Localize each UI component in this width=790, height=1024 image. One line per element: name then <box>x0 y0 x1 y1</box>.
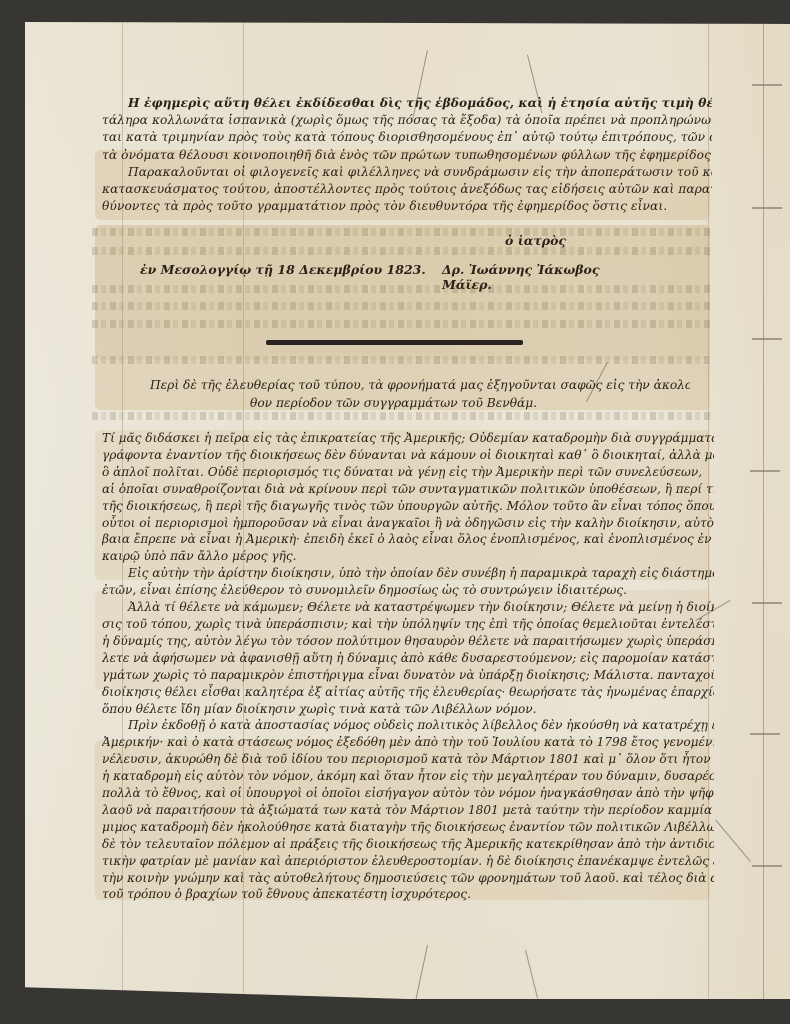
text-line: κατασκευάσματος τούτου, ἀποστέλλοντες πρ… <box>102 181 712 198</box>
text-line: ται κατὰ τριμηνίαν πρὸς τοὺς κατὰ τόπους… <box>102 129 712 146</box>
text-line: γράφοντα ἐναντίον τῆς διοικήσεως δὲν δύν… <box>102 447 714 464</box>
text-line: τὴν κοινὴν γνώμην καὶ τὰς αὐτοθελήτους δ… <box>102 870 714 887</box>
binding-mark <box>750 733 780 735</box>
bleed-through <box>92 247 712 255</box>
editor-name: Δρ. Ἰωάννης Ἰάκωβος Μάϊερ. <box>442 262 640 292</box>
intro-paragraph-1: Η ἐφημερὶς αὕτη θέλει ἐκδίδεσθαι δὶς τῆς… <box>102 95 712 164</box>
heading-line: θον περίοδον τῶν συγγραμμάτων τοῦ Βενθάμ… <box>150 394 690 412</box>
section-heading: Περὶ δὲ τῆς ἐλευθερίας τοῦ τύπου, τὰ φρο… <box>150 376 690 412</box>
text-line: λετε νὰ ἀφήσωμεν νὰ ἀφανισθῇ αὕτη ἡ δύνα… <box>102 650 714 667</box>
text-line: ὃ ἁπλοῖ πολῖται. Οὐδὲ περιορισμός τις δύ… <box>102 464 714 481</box>
bleed-through <box>92 228 712 236</box>
text-line: οὗτοι οἱ περιορισμοὶ ἠμποροῦσαν νὰ εἶναι… <box>102 515 714 532</box>
body-paragraph-4: Πρὶν ἐκδοθῇ ὁ κατὰ ἀποστασίας νόμος οὐδε… <box>102 717 714 903</box>
text-line: τῆς διοικήσεως, ἢ περὶ τῆς διαγωγῆς τινὸ… <box>102 498 714 515</box>
binding-mark <box>750 470 780 472</box>
text-line: ἐτῶν, εἶναι ἐπίσης ἐλεύθερον τὸ συνομιλε… <box>102 582 714 599</box>
body-paragraph-2: Εἰς αὐτὴν τὴν ἀρίστην διοίκησιν, ὑπὸ τὴν… <box>102 565 714 599</box>
text-line: βαια ἔπρεπε νὰ εἶναι ἡ Ἀμερικὴ· ἐπειδὴ ἐ… <box>102 531 714 548</box>
binding-mark <box>752 602 782 604</box>
place-date: ἐν Μεσολογγίῳ τῇ 18 Δεκεμβρίου 1823. <box>140 262 426 277</box>
text-line: αἱ ὁποῖαι συναθροίζονται διὰ νὰ κρίνουν … <box>102 481 714 498</box>
text-line: ὅπου θέλετε ἴδη μίαν διοίκησιν χωρὶς τιν… <box>102 701 714 718</box>
bleed-through <box>92 320 712 328</box>
text-line: τοῦ τρόπου ὁ βραχίων τοῦ ἔθνους ἀπεκατέσ… <box>102 886 714 903</box>
text-line: τὰ ὀνόματα θέλουσι κοινοποιηθῆ διὰ ἑνὸς … <box>102 147 712 164</box>
text-line: γμάτων χωρὶς τὸ παραμικρὸν ἐπιστήριγμα ε… <box>102 667 714 684</box>
text-line: θύνοντες τὰ πρὸς τοῦτο γραμματάτιον πρὸς… <box>102 198 712 215</box>
text-line: νέλευσιν, ἀκυρώθη δὲ διὰ τοῦ ἰδίου του π… <box>102 751 714 768</box>
body-paragraph-1: Τί μᾶς διδάσκει ἡ πεῖρα εἰς τὰς ἐπικρατε… <box>102 430 714 565</box>
text-line: δὲ τὸν τελευταῖον πόλεμον αἱ πράξεις τῆς… <box>102 836 714 853</box>
text-line: Εἰς αὐτὴν τὴν ἀρίστην διοίκησιν, ὑπὸ τὴν… <box>102 565 714 582</box>
text-line: Ἀμερικήν· καὶ ὁ κατὰ στάσεως νόμος ἐξεδό… <box>102 734 714 751</box>
text-line: λαοῦ νὰ παραιτήσουν τὰ ἀξιώματά των κατὰ… <box>102 802 714 819</box>
text-line: Τί μᾶς διδάσκει ἡ πεῖρα εἰς τὰς ἐπικρατε… <box>102 430 714 447</box>
text-line: σις τοῦ τόπου, χωρὶς τινὰ ὑπεράσπισιν; κ… <box>102 616 714 633</box>
text-line: πολλὰ τὸ ἔθνος, καὶ οἱ ὑπουργοὶ οἱ ὁποῖο… <box>102 785 714 802</box>
text-line: Παρακαλοῦνται οἱ φιλογενεῖς καὶ φιλέλλην… <box>102 164 712 181</box>
text-line: Η ἐφημερὶς αὕτη θέλει ἐκδίδεσθαι δὶς τῆς… <box>102 95 712 112</box>
bleed-through <box>92 302 712 310</box>
bleed-through <box>92 356 712 364</box>
signature-title: ὁ ἰατρὸς <box>505 233 566 248</box>
binding-mark <box>752 865 782 867</box>
intro-text: Η ἐφημερὶς αὕτη θέλει ἐκδίδεσθαι δὶς τῆς… <box>102 95 712 215</box>
article-body: Τί μᾶς διδάσκει ἡ πεῖρα εἰς τὰς ἐπικρατε… <box>102 430 714 903</box>
binding-mark <box>752 207 782 209</box>
text-line: διοίκησις θέλει εἶσθαι καλητέρα ἐξ αἰτία… <box>102 684 714 701</box>
text-line: τικὴν φατρίαν μὲ μανίαν καὶ ἀπεριόριστον… <box>102 853 714 870</box>
binding-mark <box>752 338 782 340</box>
intro-paragraph-2: Παρακαλοῦνται οἱ φιλογενεῖς καὶ φιλέλλην… <box>102 164 712 216</box>
text-line: ἡ δύναμίς της, αὐτὸν λέγω τὸν τόσον πολύ… <box>102 633 714 650</box>
binding-mark <box>752 84 782 86</box>
text-line: τάληρα κολλωνάτα ἱσπανικὰ (χωρὶς ὅμως τῆ… <box>102 112 712 129</box>
text-line: καιρῷ ὑπὸ πᾶν ἄλλο μέρος γῆς. <box>102 548 714 565</box>
heading-line: Περὶ δὲ τῆς ἐλευθερίας τοῦ τύπου, τὰ φρο… <box>150 376 690 394</box>
bleed-through <box>92 412 712 420</box>
body-paragraph-3: Ἀλλὰ τί θέλετε νὰ κάμωμεν; Θέλετε νὰ κατ… <box>102 599 714 717</box>
text-line: Ἀλλὰ τί θέλετε νὰ κάμωμεν; Θέλετε νὰ κατ… <box>102 599 714 616</box>
text-line: μιμος καταδρομὴ δὲν ἠκολούθησε κατὰ διατ… <box>102 819 714 836</box>
fold-line <box>763 22 764 999</box>
section-divider <box>266 340 523 345</box>
text-line: ἡ καταδρομὴ εἰς αὐτὸν τὸν νόμον, ἀκόμη κ… <box>102 768 714 785</box>
text-line: Πρὶν ἐκδοθῇ ὁ κατὰ ἀποστασίας νόμος οὐδε… <box>102 717 714 734</box>
